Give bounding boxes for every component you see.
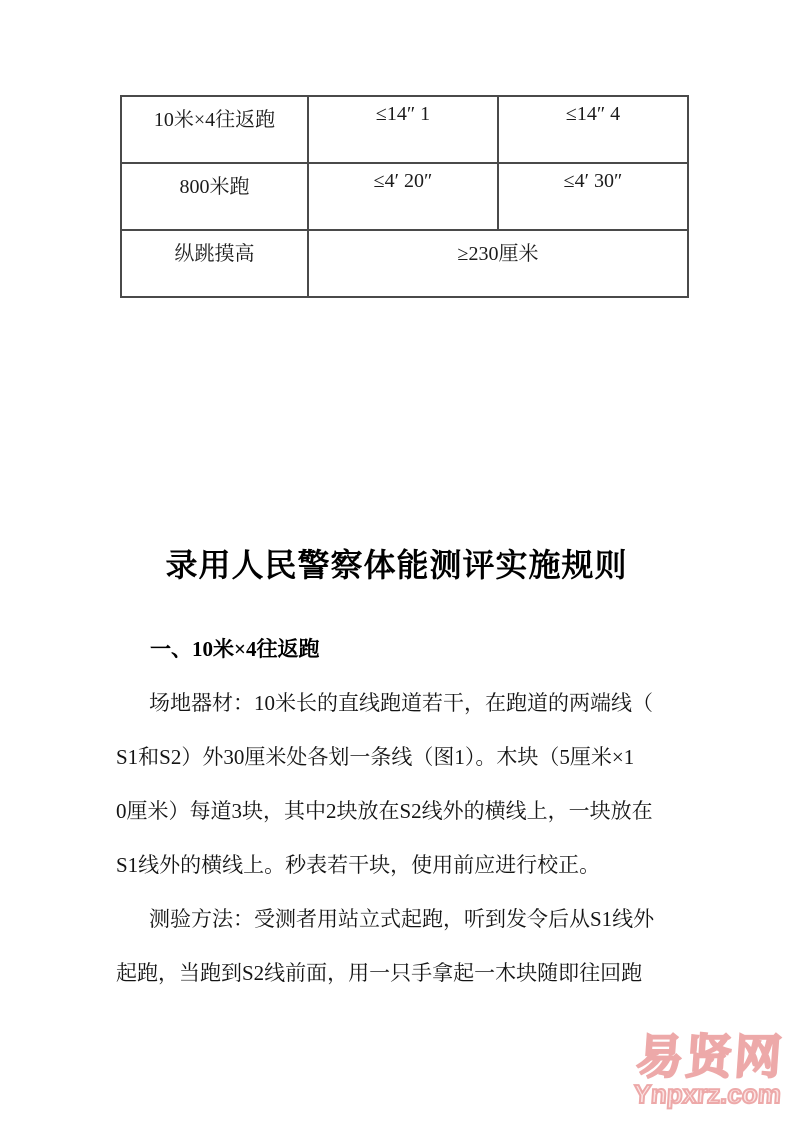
table-row: 800米跑 ≤4′ 20″ ≤4′ 30″ [121, 163, 688, 230]
document-page: 10米×4往返跑 ≤14″ 1 ≤14″ 4 800米跑 ≤4′ 20″ ≤4′… [0, 0, 793, 1122]
body-line: S1线外的横线上。秒表若干块，使用前应进行校正。 [116, 838, 688, 892]
table-cell-event-shuttle-run: 10米×4往返跑 [121, 96, 308, 163]
watermark-brand-logo: 易贤网 [625, 1033, 793, 1080]
body-line: S1和S2）外30厘米处各划一条线（图1）。木块（5厘米×1 [116, 730, 688, 784]
page-title: 录用人民警察体能测评实施规则 [0, 540, 793, 586]
body-line: 起跑，当跑到S2线前面，用一只手拿起一木块随即往回跑 [116, 946, 688, 1000]
fitness-standards-table: 10米×4往返跑 ≤14″ 1 ≤14″ 4 800米跑 ≤4′ 20″ ≤4′… [120, 95, 689, 298]
body-line: 场地器材：10米长的直线跑道若干，在跑道的两端线（ [116, 676, 688, 730]
body-line: 0厘米）每道3块，其中2块放在S2线外的横线上，一块放在 [116, 784, 688, 838]
table-row: 10米×4往返跑 ≤14″ 1 ≤14″ 4 [121, 96, 688, 163]
table-cell-event-800m-run: 800米跑 [121, 163, 308, 230]
body-text: 场地器材：10米长的直线跑道若干，在跑道的两端线（ S1和S2）外30厘米处各划… [116, 676, 688, 1000]
section-heading-shuttle-run: 一、10米×4往返跑 [150, 633, 319, 663]
table-cell-vertical-jump-standard: ≥230厘米 [308, 230, 688, 297]
table-cell-event-vertical-jump: 纵跳摸高 [121, 230, 308, 297]
body-line: 测验方法：受测者用站立式起跑，听到发令后从S1线外 [116, 892, 688, 946]
table-cell-shuttle-run-standard-1: ≤14″ 1 [308, 96, 498, 163]
table-cell-800m-standard-1: ≤4′ 20″ [308, 163, 498, 230]
watermark-domain-text: Ynpxrz.com [623, 1081, 791, 1107]
table-row: 纵跳摸高 ≥230厘米 [121, 230, 688, 297]
table-cell-800m-standard-2: ≤4′ 30″ [498, 163, 688, 230]
table-cell-shuttle-run-standard-2: ≤14″ 4 [498, 96, 688, 163]
site-watermark: 易贤网 Ynpxrz.com [623, 1033, 793, 1107]
